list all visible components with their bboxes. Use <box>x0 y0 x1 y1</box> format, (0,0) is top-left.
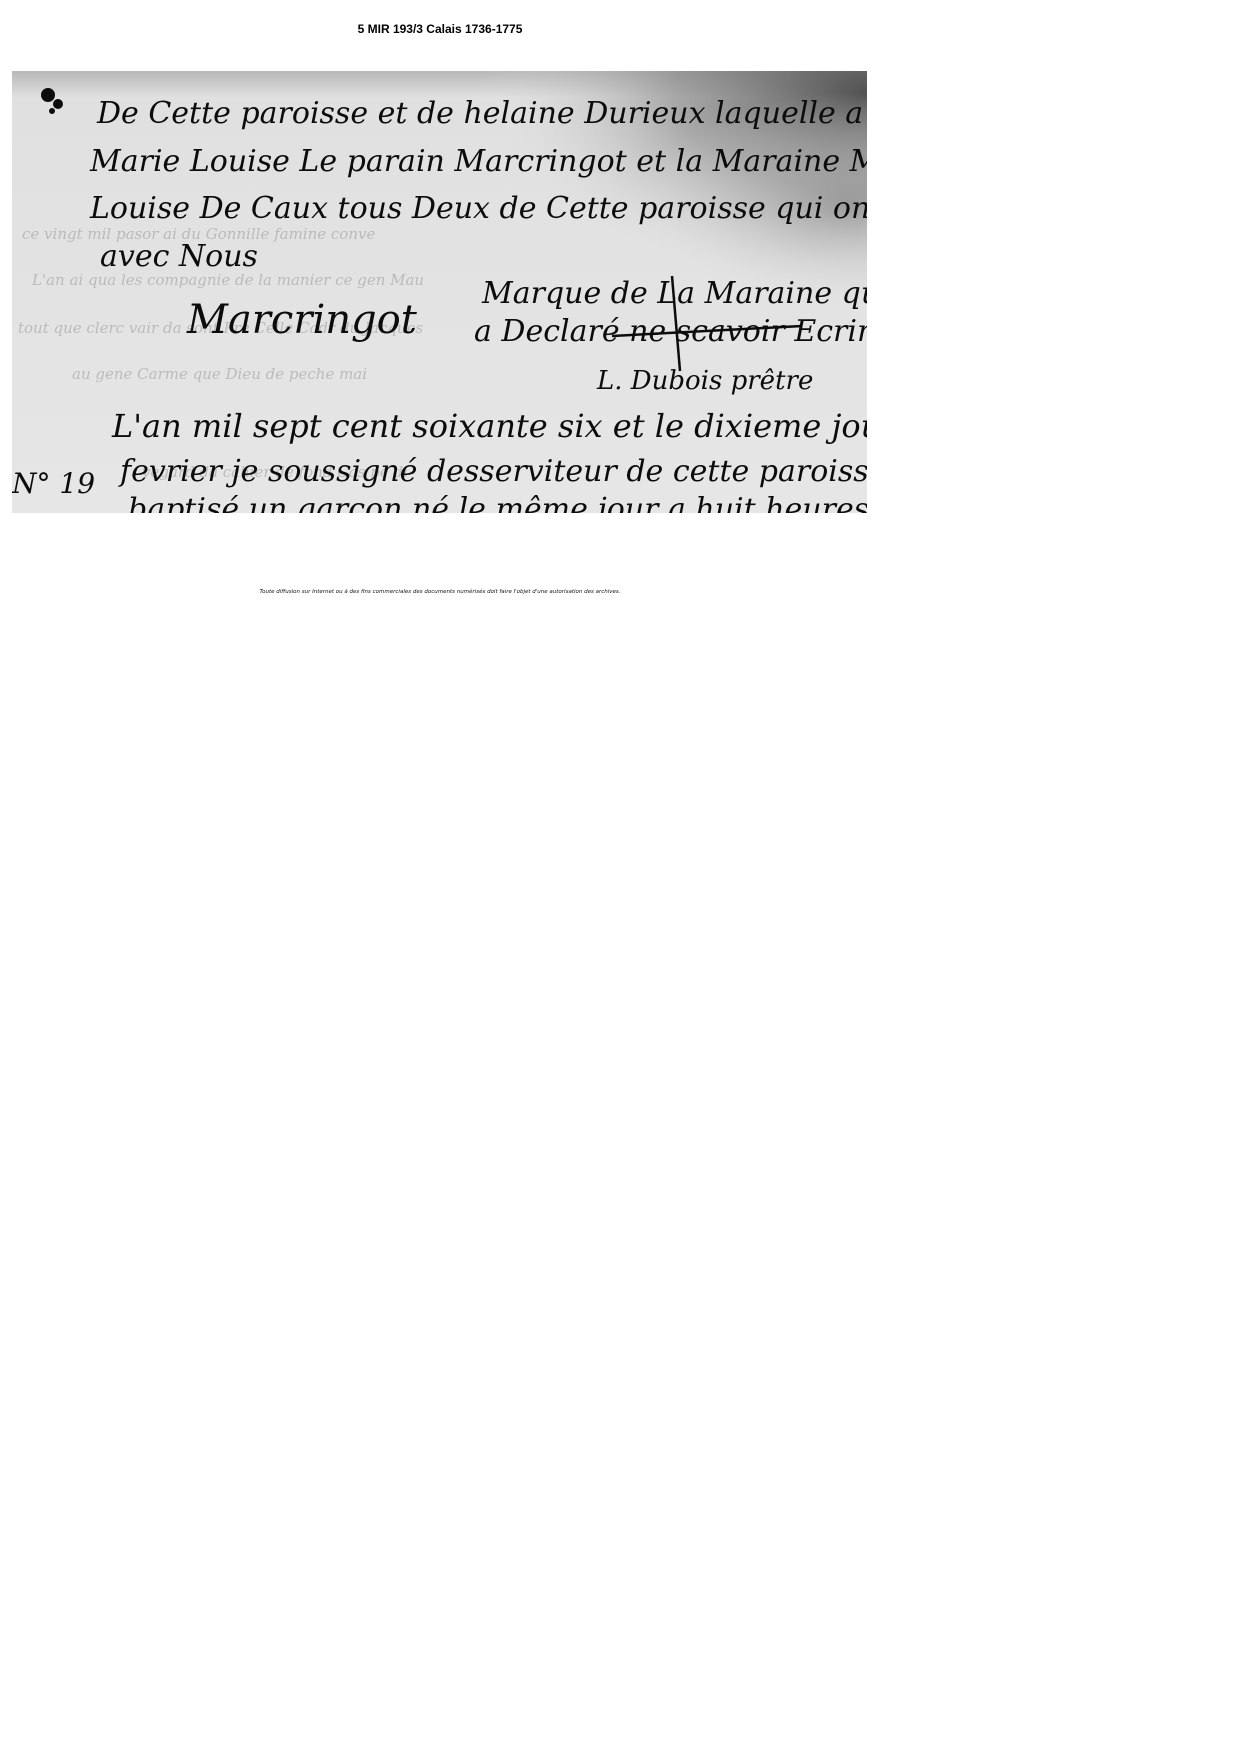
manuscript-line-7: baptisé un garçon né le même jour a huit… <box>128 492 867 513</box>
manuscript-line-declare: a Declaré ne scavoir Ecrire <box>474 314 867 349</box>
manuscript-scan-image: ce vingt mil pasor ai du Gonnille famine… <box>12 71 867 513</box>
manuscript-line-3: Louise De Caux tous Deux de Cette parois… <box>89 191 867 226</box>
manuscript-line-1: De Cette paroisse et de helaine Durieux … <box>96 96 867 131</box>
manuscript-signature-priest: L. Dubois prêtre <box>596 366 813 396</box>
manuscript-signature-marcringot: Marcringot <box>186 297 418 343</box>
manuscript-line-5: L'an mil sept cent soixante six et le di… <box>111 407 867 445</box>
manuscript-scan-graphic: ce vingt mil pasor ai du Gonnille famine… <box>12 71 867 513</box>
manuscript-line-2: Marie Louise Le parain Marcringot et la … <box>89 144 867 179</box>
copyright-notice: Toute diffusion sur Internet ou à des fi… <box>0 589 880 595</box>
document-title: 5 MIR 193/3 Calais 1736-1775 <box>0 22 880 36</box>
manuscript-margin-number: N° 19 <box>12 467 95 500</box>
manuscript-line-4: avec Nous <box>100 239 258 274</box>
svg-text:au gene Carme que Dieu: au gene Carme que Dieu de peche mai <box>72 365 367 383</box>
manuscript-line-6: fevrier je soussigné desserviteur de cet… <box>118 454 867 489</box>
